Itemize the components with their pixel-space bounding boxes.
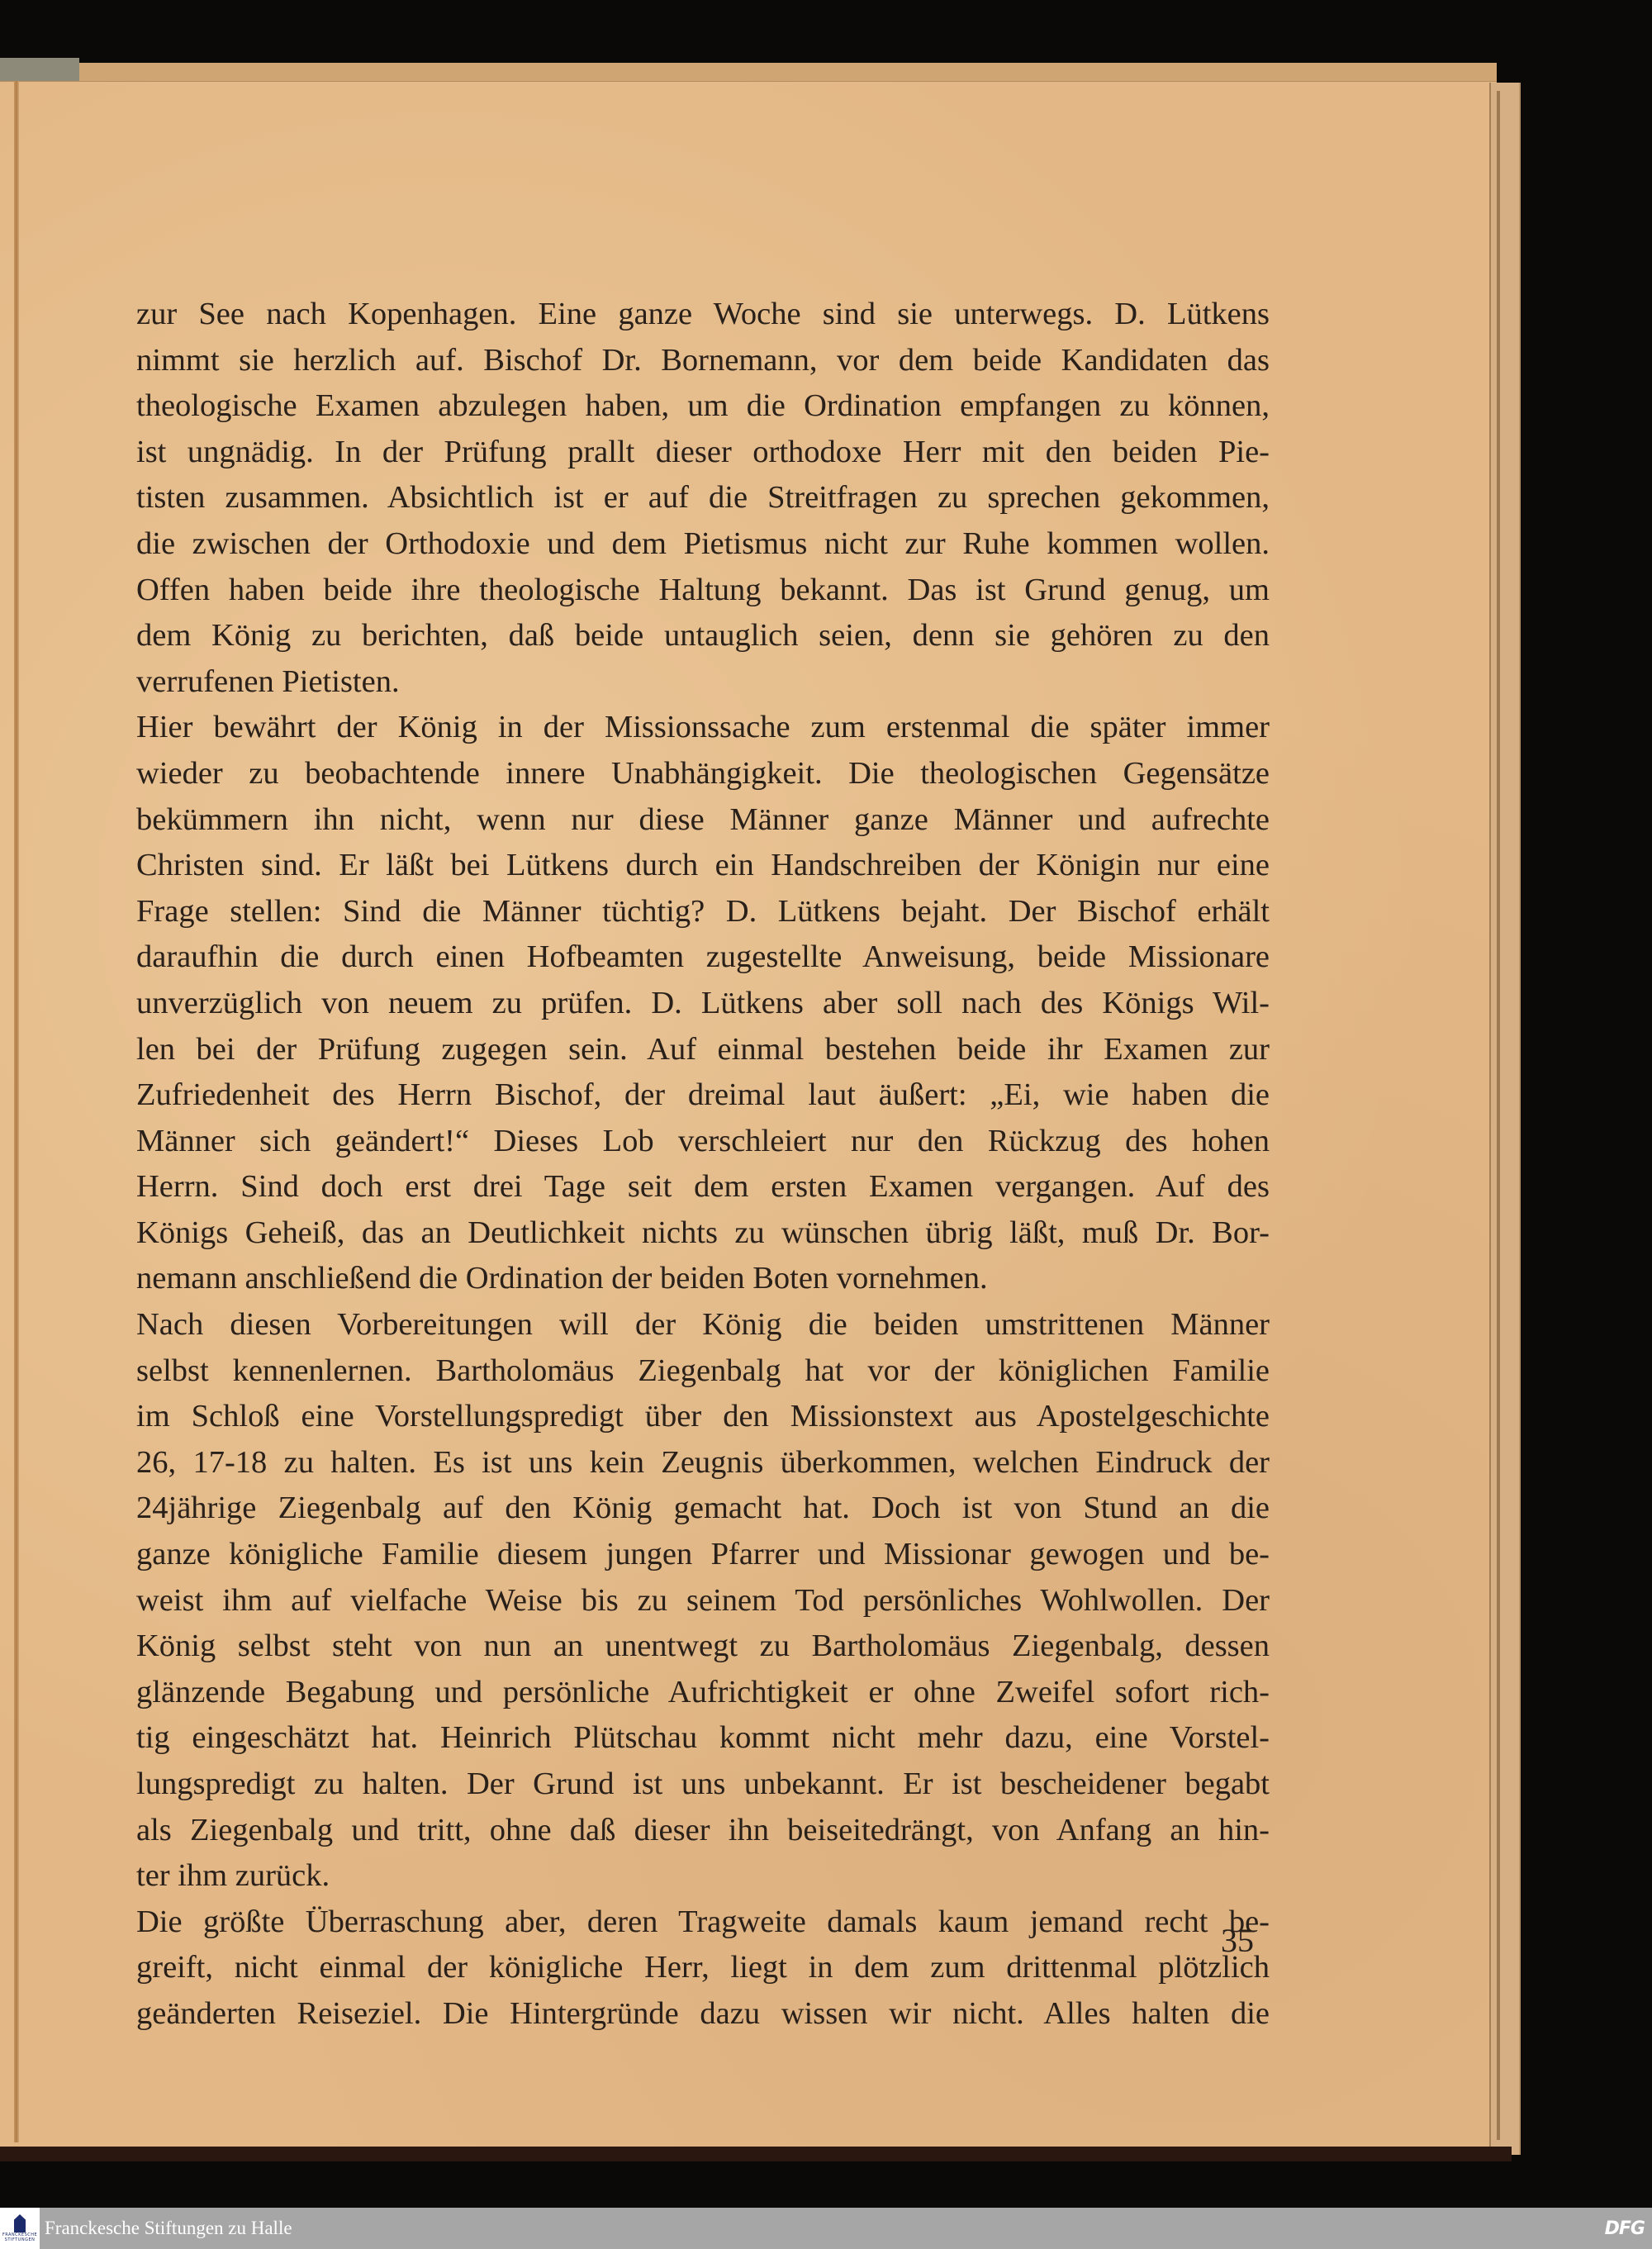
text-line: Männer sich geändert!“ Dieses Lob versch… [136, 1119, 1270, 1165]
text-line: Zufriedenheit des Herrn Bischof, der dre… [136, 1072, 1270, 1119]
torn-binding-corner [0, 58, 79, 81]
text-line: zur See nach Kopenhagen. Eine ganze Woch… [136, 292, 1270, 338]
text-line: Offen haben beide ihre theologische Halt… [136, 568, 1270, 614]
page-top-edge [0, 63, 1497, 82]
page-stack-edge [1489, 83, 1521, 2155]
text-line: dem König zu berichten, daß beide untaug… [136, 613, 1270, 659]
text-line: weist ihm auf vielfache Weise bis zu sei… [136, 1578, 1270, 1624]
page-bottom-shadow [0, 2147, 1512, 2161]
text-line: 26, 17-18 zu halten. Es ist uns kein Zeu… [136, 1440, 1270, 1486]
text-line: im Schloß eine Vorstellungspredigt über … [136, 1394, 1270, 1440]
text-line: Königs Geheiß, das an Deutlichkeit nicht… [136, 1210, 1270, 1257]
text-line: ter ihm zurück. [136, 1853, 1270, 1900]
text-line: bekümmern ihn nicht, wenn nur diese Männ… [136, 797, 1270, 844]
body-text: zur See nach Kopenhagen. Eine ganze Woch… [136, 292, 1270, 2037]
building-figure-icon [14, 2214, 26, 2232]
franckesche-stiftungen-logo[interactable]: FRANCKESCHE STIFTUNGEN [0, 2208, 40, 2249]
text-line: Die größte Überraschung aber, deren Trag… [136, 1900, 1270, 1946]
institution-name: Franckesche Stiftungen zu Halle [45, 2218, 292, 2239]
book-gutter [14, 81, 19, 2142]
text-line: wieder zu beobachtende innere Unabhängig… [136, 751, 1270, 797]
text-line: unverzüglich von neuem zu prüfen. D. Lüt… [136, 981, 1270, 1027]
text-line: glänzende Begabung und persönliche Aufri… [136, 1670, 1270, 1716]
page-stack-line [1497, 91, 1500, 2140]
text-line: tig eingeschätzt hat. Heinrich Plütschau… [136, 1715, 1270, 1762]
logo-text-line2: STIFTUNGEN [5, 2237, 36, 2242]
text-line: tisten zusammen. Absichtlich ist er auf … [136, 475, 1270, 521]
text-line: Frage stellen: Sind die Männer tüchtig? … [136, 889, 1270, 935]
text-line: die zwischen der Orthodoxie und dem Piet… [136, 521, 1270, 568]
dfg-logo[interactable]: DFG [1605, 2218, 1645, 2239]
text-line: selbst kennenlernen. Bartholomäus Ziegen… [136, 1348, 1270, 1395]
text-line: geänderten Reiseziel. Die Hintergründe d… [136, 1991, 1270, 2037]
text-line: Nach diesen Vorbereitungen will der Köni… [136, 1302, 1270, 1348]
text-line: theologische Examen abzulegen haben, um … [136, 383, 1270, 430]
text-line: nimmt sie herzlich auf. Bischof Dr. Born… [136, 338, 1270, 384]
text-line: Christen sind. Er läßt bei Lütkens durch… [136, 843, 1270, 889]
text-line: verrufenen Pietisten. [136, 659, 1270, 706]
text-line: 24jährige Ziegenbalg auf den König gemac… [136, 1486, 1270, 1532]
text-line: greift, nicht einmal der königliche Herr… [136, 1945, 1270, 1991]
page-number: 35 [1221, 1921, 1254, 1960]
text-line: ist ungnädig. In der Prüfung prallt dies… [136, 430, 1270, 476]
text-line: Hier bewährt der König in der Missionssa… [136, 705, 1270, 751]
text-line: König selbst steht von nun an unentwegt … [136, 1624, 1270, 1670]
text-line: daraufhin die durch einen Hofbeamten zug… [136, 934, 1270, 981]
footer-bar: FRANCKESCHE STIFTUNGEN Franckesche Stift… [0, 2208, 1652, 2249]
text-line: len bei der Prüfung zugegen sein. Auf ei… [136, 1027, 1270, 1073]
text-line: Herrn. Sind doch erst drei Tage seit dem… [136, 1164, 1270, 1210]
text-line: ganze königliche Familie diesem jungen P… [136, 1532, 1270, 1578]
text-line: nemann anschließend die Ordination der b… [136, 1256, 1270, 1302]
text-line: als Ziegenbalg und tritt, ohne daß diese… [136, 1808, 1270, 1854]
text-line: lungspredigt zu halten. Der Grund ist un… [136, 1762, 1270, 1808]
